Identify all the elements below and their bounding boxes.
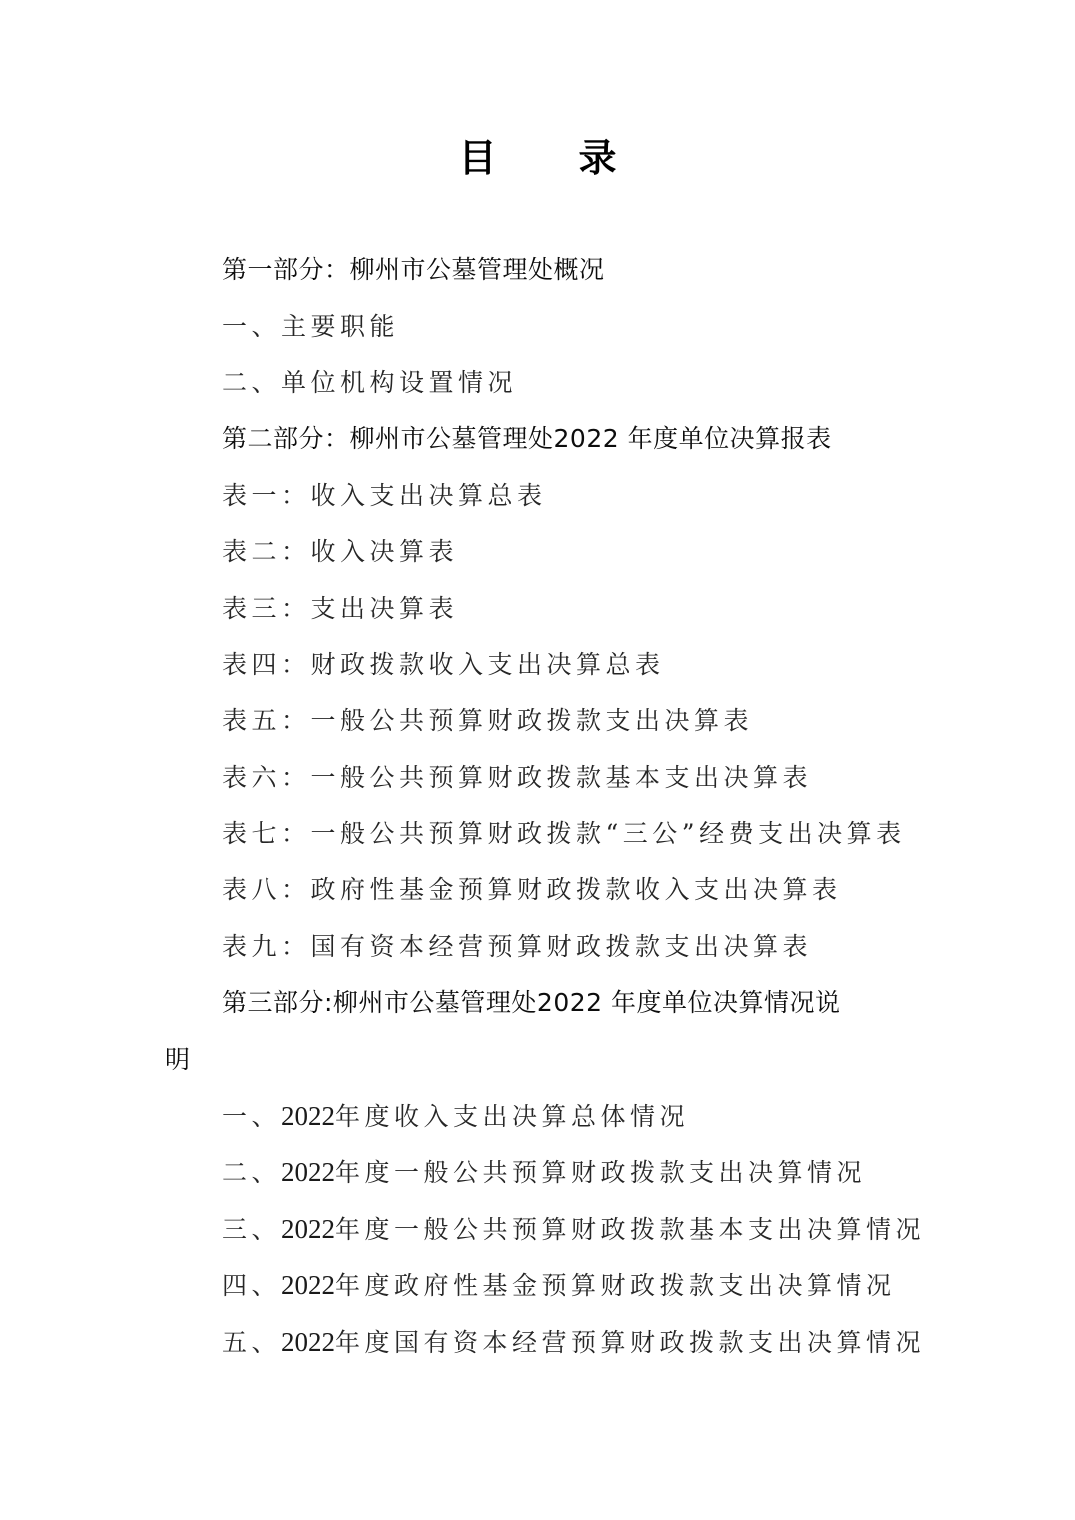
toc-heading-part3-continued: 明: [165, 1042, 191, 1078]
item-prefix: 三、: [222, 1215, 281, 1244]
item-prefix: 一、: [222, 1102, 281, 1131]
item-year: 2022: [281, 1214, 335, 1244]
toc-item: 四、2022年度政府性基金预算财政拨款支出决算情况: [222, 1267, 896, 1304]
item-text: 年度政府性基金预算财政拨款支出决算情况: [335, 1271, 896, 1300]
toc-item: 表三：支出决算表: [222, 591, 458, 627]
toc-heading-part1: 第一部分：柳州市公墓管理处概况: [222, 252, 605, 288]
page-title: 目录: [0, 132, 1075, 184]
toc-item: 二、单位机构设置情况: [222, 365, 517, 401]
toc-item: 三、2022年度一般公共预算财政拨款基本支出决算情况: [222, 1211, 925, 1248]
document-page: 目录 第一部分：柳州市公墓管理处概况 一、主要职能 二、单位机构设置情况 第二部…: [0, 0, 1075, 1520]
item-text: 年度一般公共预算财政拨款基本支出决算情况: [335, 1215, 925, 1244]
item-prefix: 五、: [222, 1328, 281, 1357]
item-text: 年度国有资本经营预算财政拨款支出决算情况: [335, 1328, 925, 1357]
item-prefix: 二、: [222, 1158, 281, 1187]
item-year: 2022: [281, 1101, 335, 1131]
item-text: 年度收入支出决算总体情况: [335, 1102, 689, 1131]
toc-item: 二、2022年度一般公共预算财政拨款支出决算情况: [222, 1154, 866, 1191]
toc-item: 表六：一般公共预算财政拨款基本支出决算表: [222, 760, 812, 796]
toc-heading-part3: 第三部分:柳州市公墓管理处2022 年度单位决算情况说: [222, 985, 841, 1021]
item-prefix: 四、: [222, 1271, 281, 1300]
toc-item: 表四：财政拨款收入支出决算总表: [222, 647, 665, 683]
item-year: 2022: [281, 1327, 335, 1357]
toc-item: 表九：国有资本经营预算财政拨款支出决算表: [222, 929, 812, 965]
toc-heading-part2: 第二部分：柳州市公墓管理处2022 年度单位决算报表: [222, 421, 832, 457]
toc-item: 五、2022年度国有资本经营预算财政拨款支出决算情况: [222, 1324, 925, 1361]
toc-item: 表八：政府性基金预算财政拨款收入支出决算表: [222, 872, 842, 908]
item-text: 年度一般公共预算财政拨款支出决算情况: [335, 1158, 866, 1187]
toc-item: 表一：收入支出决算总表: [222, 478, 547, 514]
item-year: 2022: [281, 1270, 335, 1300]
toc-item: 表七：一般公共预算财政拨款“三公”经费支出决算表: [222, 816, 906, 852]
toc-item: 表二：收入决算表: [222, 534, 458, 570]
toc-item: 一、2022年度收入支出决算总体情况: [222, 1098, 689, 1135]
toc-item: 表五：一般公共预算财政拨款支出决算表: [222, 703, 753, 739]
toc-item: 一、主要职能: [222, 309, 399, 345]
item-year: 2022: [281, 1157, 335, 1187]
